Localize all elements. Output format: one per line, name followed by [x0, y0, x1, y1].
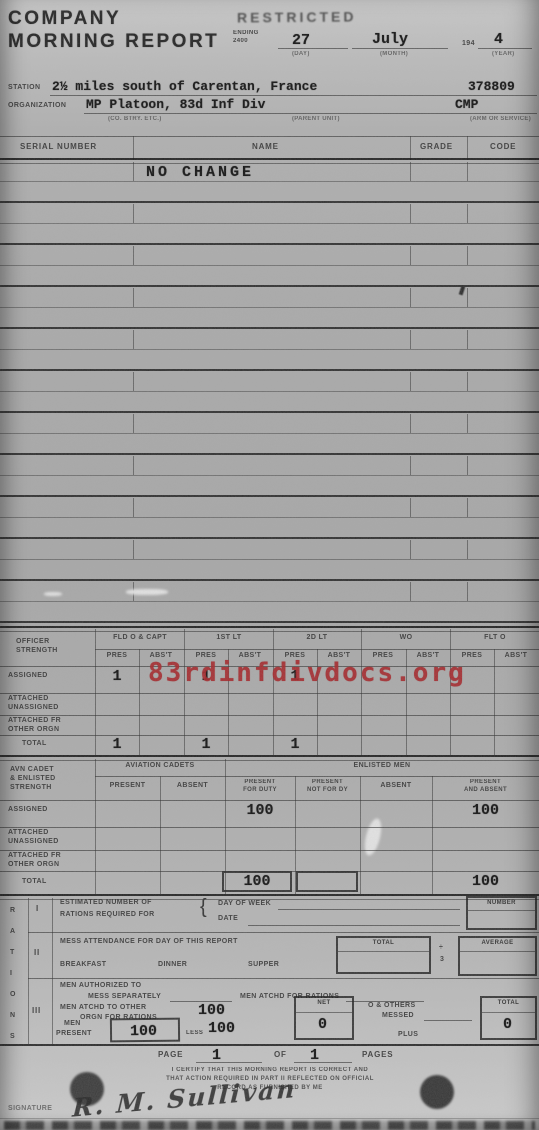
table-row	[0, 414, 539, 456]
col-present-not-for-dy: PRESENT NOT FOR DY	[295, 779, 360, 794]
net-value: 0	[318, 1016, 327, 1033]
row-attached-unassigned: ATTACHED UNASSIGNED	[8, 829, 59, 847]
number-box-label: NUMBER	[468, 900, 535, 906]
group-1st-lt: 1ST LT	[186, 634, 272, 643]
numeral-iii: III	[32, 1006, 41, 1016]
average-box-label: AVERAGE	[460, 940, 535, 946]
organization-service: CMP	[455, 97, 478, 112]
cadet-enlisted-label: AVN CADET & ENLISTED STRENGTH	[10, 766, 56, 792]
total-present-and-absent: 100	[432, 873, 539, 890]
group-fldo-capt: FLD O & CAPT	[97, 634, 183, 643]
col-present-for-duty: PRESENT FOR DUTY	[225, 779, 295, 794]
meal-dinner: DINNER	[158, 961, 187, 970]
group-2d-lt: 2D LT	[274, 634, 360, 643]
table-row	[0, 246, 539, 288]
men-authorized-line2: MESS SEPARATELY	[88, 993, 161, 1002]
date-month: July	[372, 31, 408, 48]
atchd-other-value: 100	[198, 1002, 225, 1019]
scratch-artifact	[126, 589, 168, 595]
less-label: LESS	[186, 1030, 203, 1038]
assigned-present-for-duty: 100	[225, 802, 295, 819]
roster-entry-no-change: NO CHANGE	[146, 164, 254, 181]
group-aviation-cadets: AVIATION CADETS	[95, 762, 225, 771]
less-value: 100	[208, 1020, 235, 1037]
men-line1: MEN	[64, 1020, 81, 1029]
station-label: STATION	[8, 84, 40, 93]
row-attached-unassigned: ATTACHED UNASSIGNED	[8, 695, 59, 713]
col-grade: GRADE	[420, 142, 453, 152]
table-row	[0, 204, 539, 246]
table-row	[0, 372, 539, 414]
mess-attendance-label: MESS ATTENDANCE FOR DAY OF THIS REPORT	[60, 938, 238, 947]
men-present-box: 100	[110, 1018, 180, 1043]
meal-breakfast: BREAKFAST	[60, 961, 106, 970]
rations-total-box-label: TOTAL	[482, 1000, 535, 1006]
of-label: OF	[274, 1050, 287, 1060]
row-assigned: ASSIGNED	[8, 806, 48, 815]
sub-abst: ABS'T	[494, 652, 538, 661]
year-caption: (YEAR)	[492, 51, 514, 57]
scratch-artifact	[44, 592, 62, 596]
row-attached-fr-other: ATTACHED FR OTHER ORGN	[8, 852, 61, 870]
punch-hole-right	[420, 1075, 454, 1109]
date-day: 27	[292, 32, 310, 49]
signature-label: SIGNATURE	[8, 1105, 52, 1114]
table-row	[0, 498, 539, 540]
table-row	[0, 330, 539, 372]
form-title-line2: MORNING REPORT	[8, 31, 219, 53]
sub-pres: PRES	[95, 652, 139, 661]
table-row	[0, 456, 539, 498]
others-line2: MESSED	[382, 1012, 414, 1021]
rations-est-line2: RATIONS REQUIRED FOR	[60, 911, 155, 920]
group-wo: WO	[363, 634, 449, 643]
rations-vertical-label: R A T I O N S	[10, 900, 16, 1047]
col-cadet-absent: ABSENT	[160, 782, 225, 791]
total-fldo-pres: 1	[95, 736, 139, 753]
month-caption: (MONTH)	[380, 51, 408, 57]
roster-rows	[0, 162, 539, 624]
cutoff-footer-smudge	[4, 1121, 535, 1130]
col-serial-number: SERIAL NUMBER	[20, 142, 97, 152]
men-present-value: 100	[130, 1023, 157, 1040]
divisor: 3	[440, 956, 444, 965]
day-caption: (DAY)	[292, 51, 310, 57]
officer-strength-label: OFFICER STRENGTH	[16, 638, 58, 656]
page-label: PAGE	[158, 1050, 183, 1060]
table-row	[0, 162, 539, 204]
numeral-i: I	[36, 904, 39, 914]
morning-report-scan: COMPANY MORNING REPORT RESTRICTED ENDING…	[0, 0, 539, 1130]
men-line2: PRESENT	[56, 1030, 92, 1039]
net-box-label: NET	[296, 1000, 352, 1006]
caption-arm-service: (ARM OR SERVICE)	[470, 116, 531, 122]
date-year: 4	[494, 31, 503, 48]
net-box: NET 0	[294, 996, 354, 1040]
ending-time: 2400	[233, 38, 248, 46]
total-present-for-duty: 100	[225, 873, 289, 890]
col-code: CODE	[490, 142, 516, 152]
organization-value: MP Platoon, 83d Inf Div	[86, 97, 265, 112]
assigned-fldo-pres: 1	[95, 668, 139, 685]
rations-total-box: TOTAL 0	[480, 996, 537, 1040]
plus-label: PLUS	[398, 1031, 418, 1040]
field-day-of-week: DAY OF WEEK	[218, 900, 271, 909]
brace-glyph: {	[200, 896, 207, 919]
col-em-absent: ABSENT	[360, 782, 432, 791]
rations-total-value: 0	[503, 1016, 512, 1033]
rations-est-line1: ESTIMATED NUMBER OF	[60, 899, 152, 908]
row-attached-fr-other: ATTACHED FR OTHER ORGN	[8, 717, 61, 735]
pages-label: PAGES	[362, 1050, 393, 1060]
average-box: AVERAGE	[458, 936, 537, 976]
meal-supper: SUPPER	[248, 961, 279, 970]
organization-label: ORGANIZATION	[8, 102, 66, 111]
row-total: TOTAL	[22, 740, 47, 749]
caption-unit: (CO. BTRY. ETC.)	[108, 116, 162, 122]
restricted-stamp: RESTRICTED	[237, 8, 357, 25]
col-present-and-absent: PRESENT AND ABSENT	[432, 779, 539, 794]
caption-parent-unit: (PARENT UNIT)	[292, 116, 340, 122]
total-2lt-pres: 1	[273, 736, 317, 753]
men-authorized-line1: MEN AUTHORIZED TO	[60, 982, 141, 991]
divide-sign: ÷	[439, 944, 443, 953]
field-date: DATE	[218, 915, 238, 924]
table-row	[0, 582, 539, 624]
row-assigned: ASSIGNED	[8, 672, 48, 681]
group-flt-o: FLT O	[452, 634, 538, 643]
total-box-label: TOTAL	[338, 940, 429, 946]
group-enlisted-men: ENLISTED MEN	[225, 762, 539, 771]
number-box: NUMBER	[466, 896, 537, 930]
col-cadet-present: PRESENT	[95, 782, 160, 791]
scratch-artifact	[362, 817, 385, 857]
total-box: TOTAL	[336, 936, 431, 974]
table-row	[0, 540, 539, 582]
atchd-other-line1: MEN ATCHD TO OTHER	[60, 1004, 146, 1013]
handdrawn-box-empty	[296, 871, 358, 892]
year-prefix: 194	[462, 40, 475, 49]
site-watermark: 83rdinfdivdocs.org	[148, 658, 466, 688]
station-value: 2½ miles south of Carentan, France	[52, 79, 317, 94]
station-map-ref: 378809	[468, 79, 515, 94]
form-title-line1: COMPANY	[8, 8, 121, 30]
col-name: NAME	[252, 142, 279, 152]
row-total: TOTAL	[22, 878, 47, 887]
total-1lt-pres: 1	[184, 736, 228, 753]
others-line1: O & OTHERS	[368, 1002, 416, 1011]
assigned-present-and-absent: 100	[432, 802, 539, 819]
numeral-ii: II	[34, 948, 40, 958]
ending-label: ENDING	[233, 30, 259, 38]
